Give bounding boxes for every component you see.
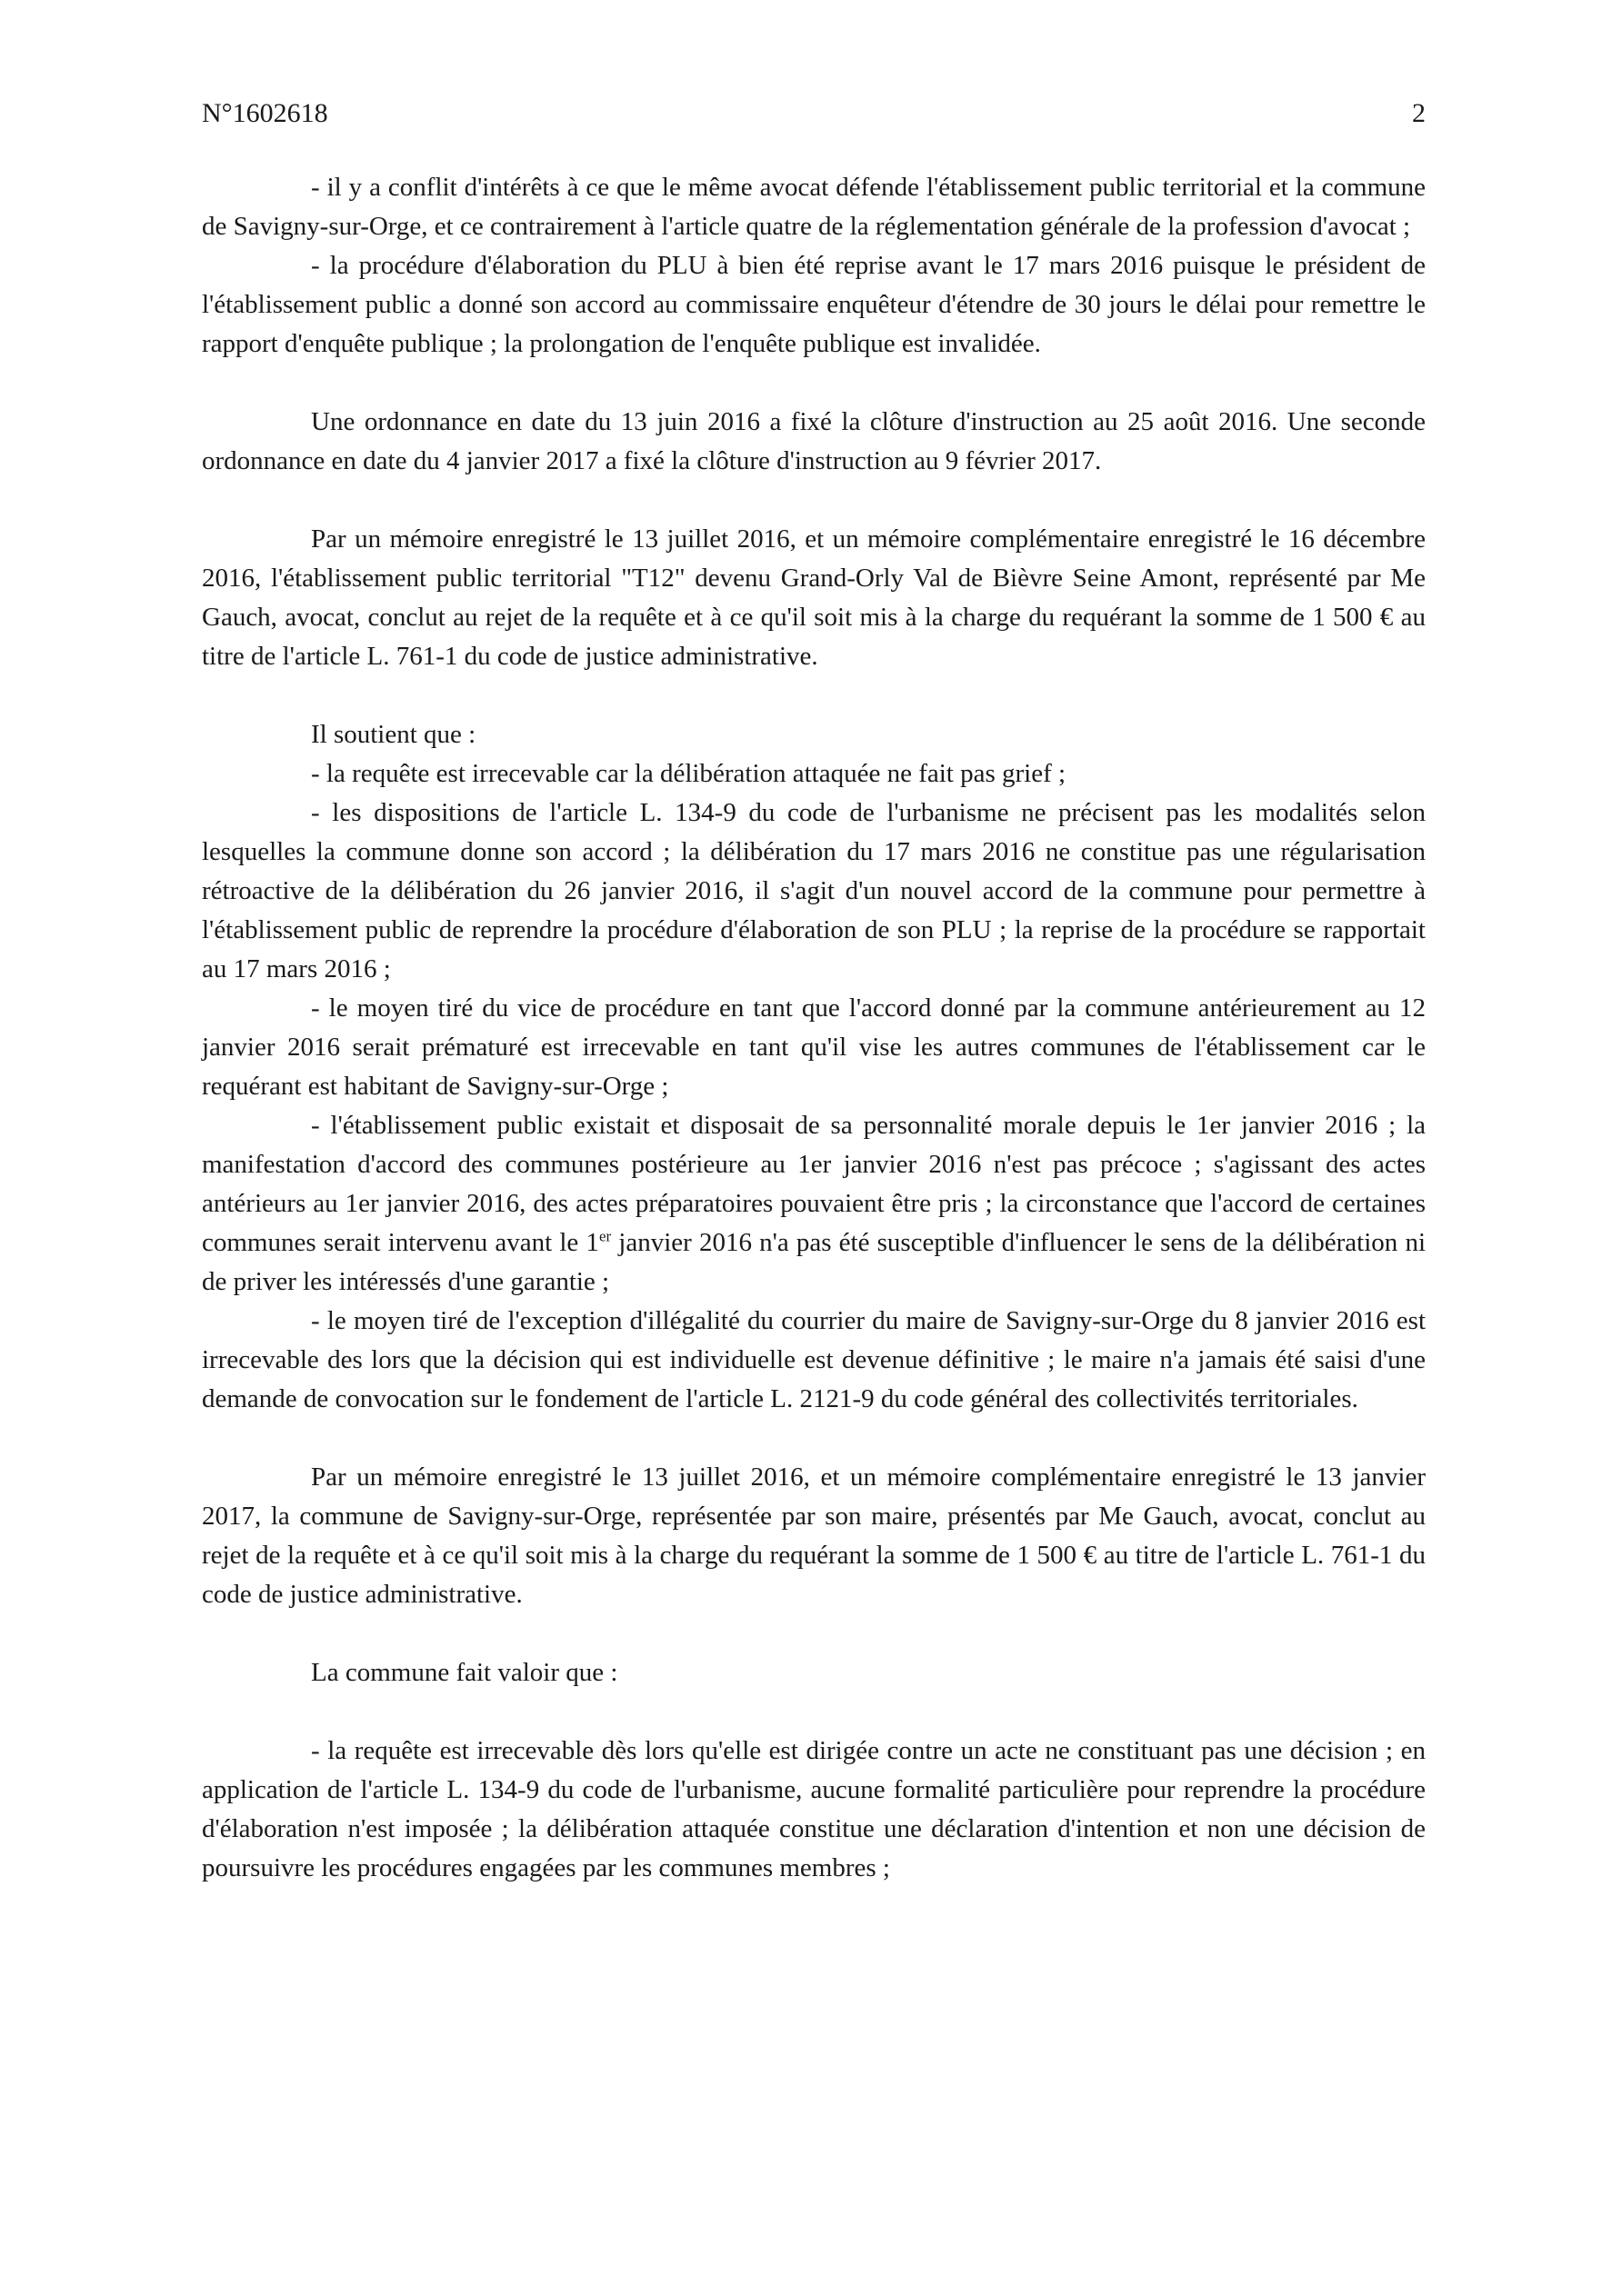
paragraph: Par un mémoire enregistré le 13 juillet … <box>202 1458 1426 1614</box>
paragraph: - le moyen tiré du vice de procédure en … <box>202 989 1426 1106</box>
document-body: - il y a conflit d'intérêts à ce que le … <box>202 168 1426 1888</box>
page-number: 2 <box>1412 98 1426 129</box>
paragraph: - l'établissement public existait et dis… <box>202 1106 1426 1302</box>
paragraph: Une ordonnance en date du 13 juin 2016 a… <box>202 403 1426 481</box>
paragraph: - les dispositions de l'article L. 134-9… <box>202 794 1426 989</box>
paragraph: - le moyen tiré de l'exception d'illégal… <box>202 1302 1426 1419</box>
paragraph-heading: La commune fait valoir que : <box>202 1653 1426 1692</box>
paragraph: - la requête est irrecevable car la déli… <box>202 754 1426 794</box>
paragraph-heading: Il soutient que : <box>202 715 1426 754</box>
paragraph: - la procédure d'élaboration du PLU à bi… <box>202 246 1426 364</box>
paragraph: Par un mémoire enregistré le 13 juillet … <box>202 520 1426 676</box>
superscript: er <box>599 1227 611 1244</box>
paragraph: - la requête est irrecevable dès lors qu… <box>202 1732 1426 1888</box>
case-number: N°1602618 <box>202 98 328 129</box>
paragraph: - il y a conflit d'intérêts à ce que le … <box>202 168 1426 246</box>
